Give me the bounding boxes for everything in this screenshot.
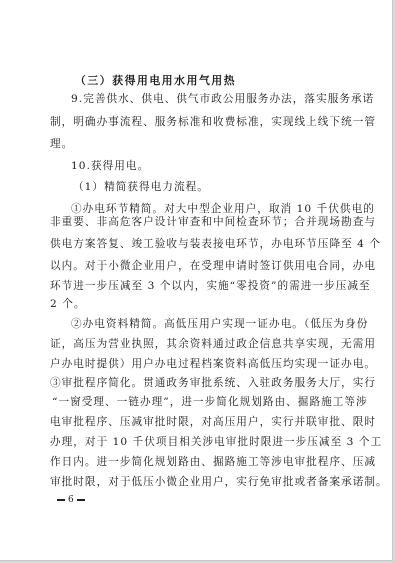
paragraph-line: 供电方案答复、竣工验收与装表接电环节，办电环节压降至 4 个 [50, 238, 381, 251]
paragraph-line: 审批时限，对于低压小微企业用户，实行免审批或者备案承诺制。 [50, 476, 388, 489]
paragraph-line: 作日内。进一步简化规划路由、掘路施工等涉电审批程序、压减 [50, 456, 376, 469]
paragraph-line: ②办电资料精简。高低压用户实现一证办电。（低压为身份 [71, 318, 368, 331]
dash-decoration [57, 499, 65, 501]
paragraph-line: ①办电环节精简。对大中型企业用户，取消 10 千伏供电的 [71, 203, 375, 216]
paragraph-line: ③审批程序简化。贯通政务审批系统、入驻政务服务大厅，实行 [50, 377, 376, 390]
page-number-text: 6 [68, 494, 74, 506]
page-number: 6 [57, 494, 85, 506]
paragraph-line: 户办电时提供）用户办电过程档案资料高低压均实现一证办电。 [50, 358, 376, 371]
dash-decoration [77, 499, 85, 501]
paragraph-line: 理。 [50, 138, 73, 151]
section-heading: （三）获得用电用水用气用热 [75, 74, 236, 87]
paragraph-line: 以内。对于小微企业用户，在受理申请时签订供用电合同，办电 [50, 260, 376, 273]
paragraph-line: 环节进一步压减至 3 个以内，实施“零投资”的需进一步压减至 [50, 280, 371, 293]
paragraph-line: （1）精简获得电力流程。 [73, 181, 209, 194]
paragraph-line: 9.完善供水、供电、供气市政公用服务办法，落实服务承诺 [71, 93, 374, 106]
paragraph-line: 电审批程序、压减审批时限，对高压用户，实行并联审批、限时 [50, 416, 376, 429]
paragraph-line: “一窗受理、一链办理”，进一步简化规划路由、掘路施工等涉 [52, 396, 368, 409]
paragraph-line: 办理，对于 10 千伏项目相关涉电审批时限进一步压减至 3 个工 [50, 436, 382, 449]
paragraph-line: 10.获得用电。 [71, 160, 149, 173]
paragraph-line: 证，高压为营业执照，其余资料通过政企信息共享实现，无需用 [50, 338, 376, 351]
paragraph-line: 非重要、非高危客户设计审查和中间检查环节；合并现场勘查与 [50, 216, 376, 229]
paragraph-line: 制，明确办事流程、服务标准和收费标准，实现线上线下统一管 [50, 116, 376, 129]
paragraph-line: 2 个。 [50, 298, 86, 311]
document-page: （三）获得用电用水用气用热 9.完善供水、供电、供气市政公用服务办法，落实服务承… [0, 0, 393, 561]
